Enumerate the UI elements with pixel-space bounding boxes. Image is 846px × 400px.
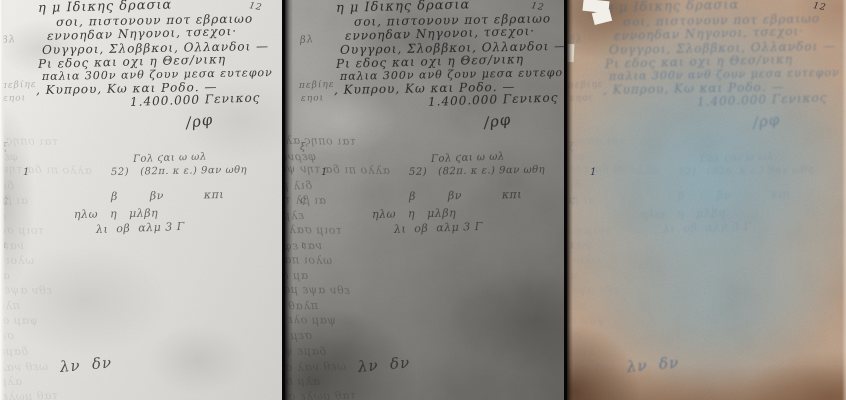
scan-vignette [0, 0, 282, 400]
bleedthrough-line: ελμ αηδ τρεμ οι ναυμ βλεθ ωλ αν [564, 210, 573, 225]
panel-light-scan: η μ Ιδικης δρασια σοι, πιστονουν ποτ εβρ… [0, 0, 282, 400]
panel-dark-scan: η μ Ιδικης δρασια σοι, πιστονουν ποτ εβρ… [282, 0, 564, 400]
manuscript-scan-triptych: η μ Ιδικης δρασια σοι, πιστονουν ποτ εβρ… [0, 0, 846, 400]
torn-paper-patch [567, 44, 575, 62]
scan-vignette [567, 0, 846, 400]
panel-color-scan: η μ Ιδικης δρασια σοι, πιστονουν ποτ εβρ… [564, 0, 846, 400]
scan-vignette [285, 0, 564, 400]
